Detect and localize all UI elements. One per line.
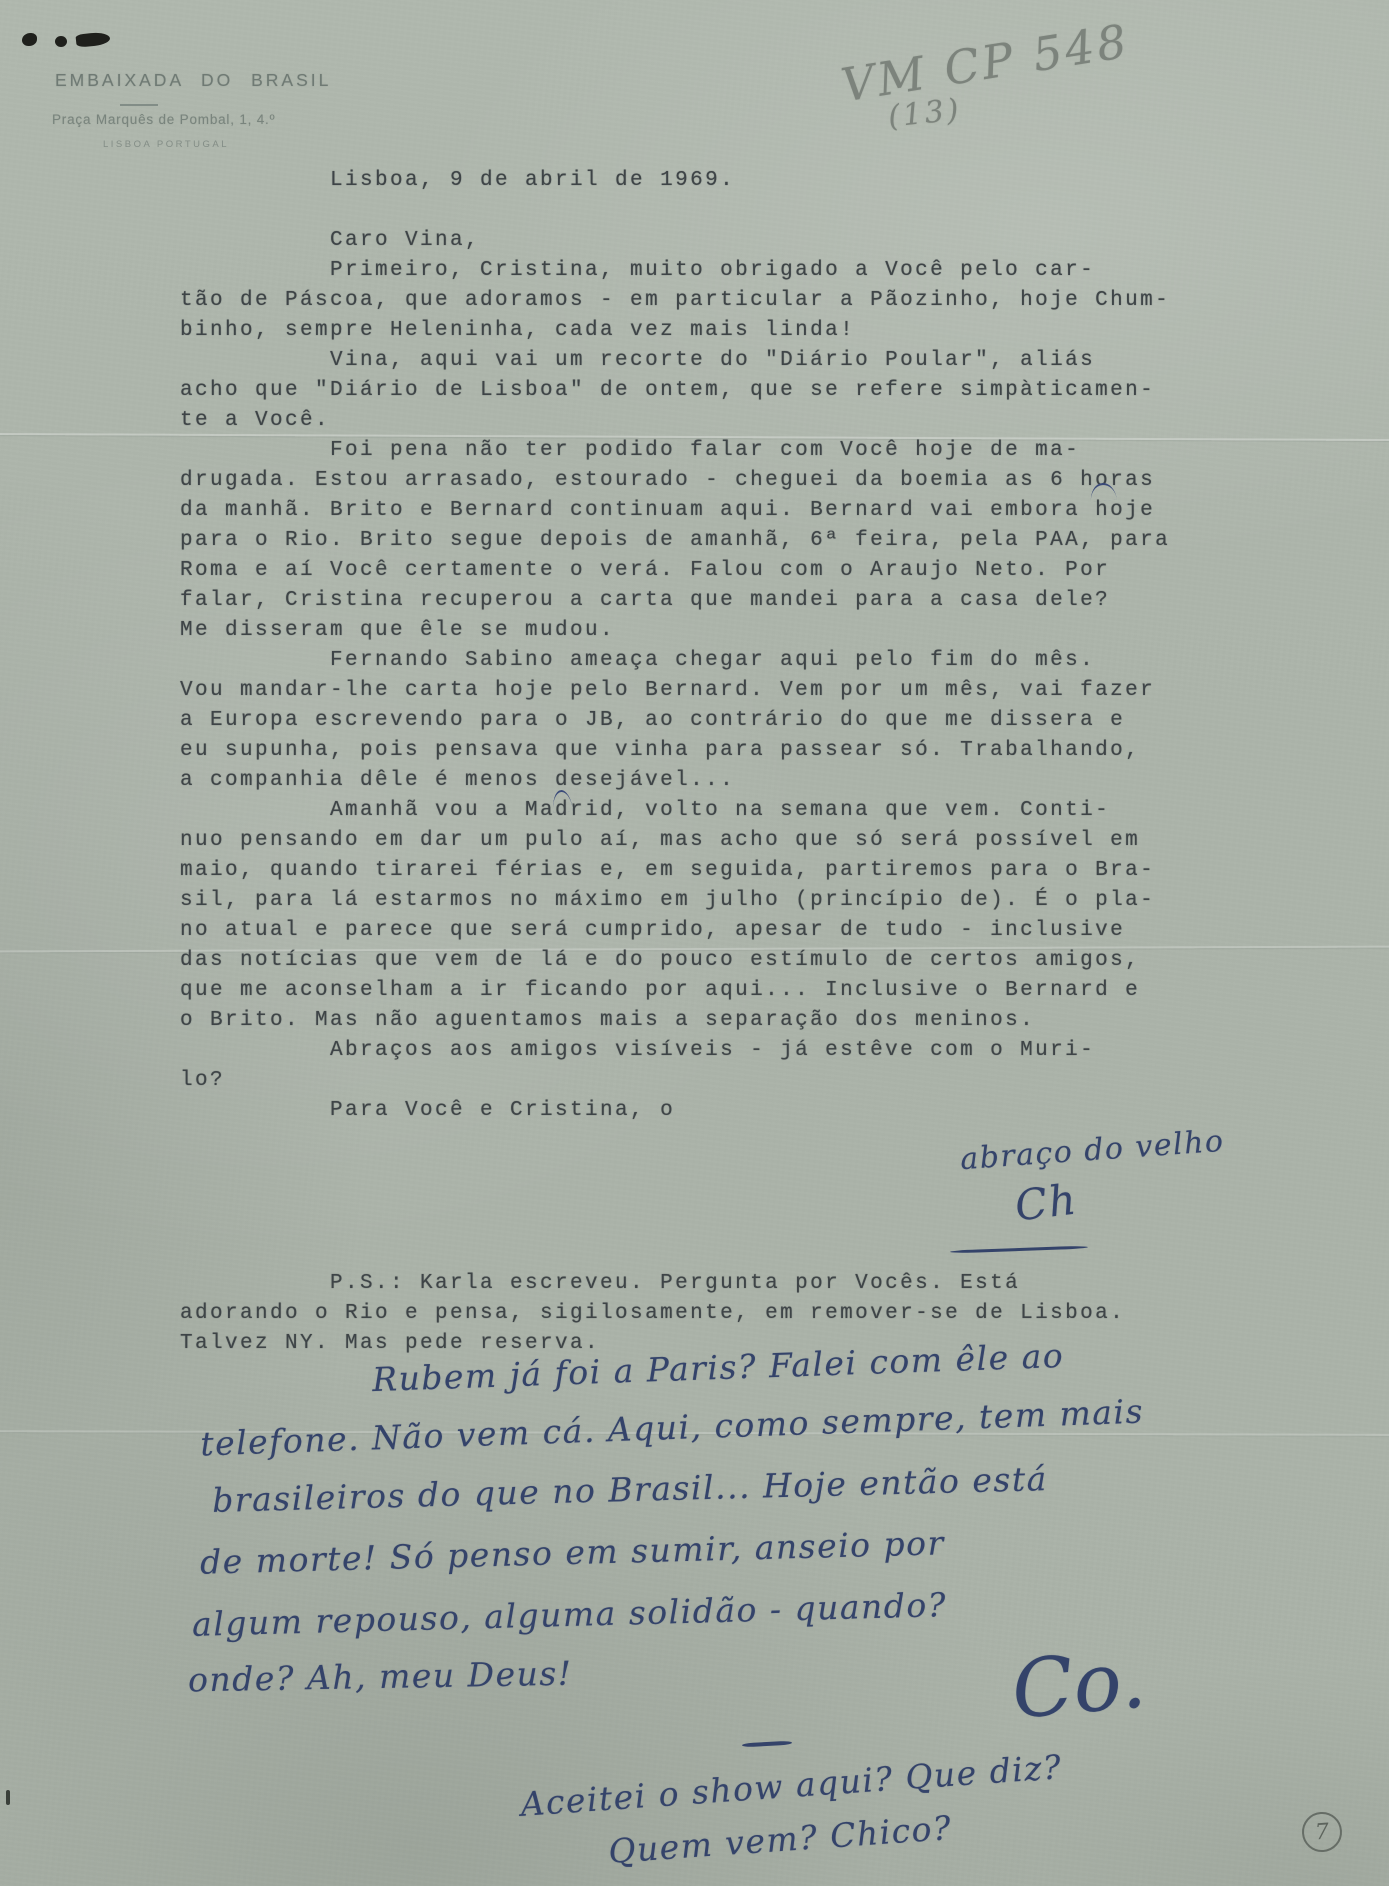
text-line: das notícias que vem de lá e do pouco es… [180,946,1170,976]
handwritten-question-line: Aceitei o show aqui? Que diz? [519,1747,1063,1824]
text-line: Vina, aqui vai um recorte do "Diário Pou… [180,346,1170,376]
handwritten-note-line: algum repouso, alguma solidão - quando? [192,1585,948,1644]
text-line: Para Você e Cristina, o [180,1096,1170,1126]
letterhead-city: LISBOA PORTUGAL [103,139,229,150]
text-line: para o Rio. Brito segue depois de amanhã… [180,526,1170,556]
text-line [180,196,1170,226]
archive-code-annotation: VM CP 548 [838,14,1133,113]
text-line: tão de Páscoa, que adoramos - em particu… [180,286,1170,316]
text-line: adorando o Rio e pensa, sigilosamente, e… [180,1300,1125,1330]
handwritten-note-line: brasileiros do que no Brasil... Hoje ent… [212,1459,1049,1520]
letterhead-rule [120,104,158,106]
handwritten-initials: Ch [1012,1174,1080,1230]
text-line: Caro Vina, [180,226,1170,256]
text-line: Roma e aí Você certamente o verá. Falou … [180,556,1170,586]
text-line: acho que "Diário de Lisboa" de ontem, qu… [180,376,1170,406]
handwritten-dash [742,1741,792,1747]
text-line: P.S.: Karla escreveu. Pergunta por Vocês… [180,1270,1125,1300]
text-line: binho, sempre Heleninha, cada vez mais l… [180,316,1170,346]
text-line: Amanhã vou a Madrid, volto na semana que… [180,796,1170,826]
text-line: a Europa escrevendo para o JB, ao contrá… [180,706,1170,736]
handwritten-note-line: de morte! Só penso em sumir, anseio por [200,1523,946,1581]
handwritten-signoff: abraço do velho [959,1124,1225,1177]
handwritten-note-line: onde? Ah, meu Deus! [188,1654,573,1700]
page-number: 7 [1314,1819,1330,1845]
archive-number-annotation: (13) [886,92,963,135]
text-line: que me aconselham a ir ficando por aqui.… [180,976,1170,1006]
edge-mark [6,1790,10,1805]
text-line: maio, quando tirarei férias e, em seguid… [180,856,1170,886]
text-line: Lisboa, 9 de abril de 1969. [180,166,1170,196]
text-line: falar, Cristina recuperou a carta que ma… [180,586,1170,616]
text-line: eu supunha, pois pensava que vinha para … [180,736,1170,766]
text-line: Primeiro, Cristina, muito obrigado a Voc… [180,256,1170,286]
letterhead-title: EMBAIXADA DO BRASIL [55,70,331,91]
scanned-letter-page: { "colors":{ "paper":"#aeb6ac", "typewri… [0,0,1389,1886]
text-line: drugada. Estou arrasado, estourado - che… [180,466,1170,496]
text-line: Me disseram que êle se mudou. [180,616,1170,646]
text-line: lo? [180,1066,1170,1096]
ink-blot [75,31,110,47]
text-line: Foi pena não ter podido falar com Você h… [180,436,1170,466]
text-line: sil, para lá estarmos no máximo em julho… [180,886,1170,916]
ink-blot [55,36,67,47]
page-number-badge: 7 [1301,1811,1344,1854]
text-line: te a Você. [180,406,1170,436]
text-line: nuo pensando em dar um pulo aí, mas acho… [180,826,1170,856]
handwritten-question-line: Quem vem? Chico? [607,1808,953,1871]
text-line: Vou mandar-lhe carta hoje pelo Bernard. … [180,676,1170,706]
signature-underline [950,1246,1088,1254]
text-line: Fernando Sabino ameaça chegar aqui pelo … [180,646,1170,676]
letterhead-address: Praça Marquês de Pombal, 1, 4.º [52,112,275,127]
ink-blot [22,33,37,46]
text-line: no atual e parece que será cumprido, ape… [180,916,1170,946]
handwritten-signature: Co. [1008,1632,1149,1736]
text-line: o Brito. Mas não aguentamos mais a separ… [180,1006,1170,1036]
text-line: a companhia dêle é menos desejável... [180,766,1170,796]
typed-letter-body: Lisboa, 9 de abril de 1969. Caro Vina, P… [180,166,1170,1126]
text-line: da manhã. Brito e Bernard continuam aqui… [180,496,1170,526]
handwritten-note-line: telefone. Não vem cá. Aqui, como sempre,… [200,1392,1145,1464]
text-line: Abraços aos amigos visíveis - já estêve … [180,1036,1170,1066]
